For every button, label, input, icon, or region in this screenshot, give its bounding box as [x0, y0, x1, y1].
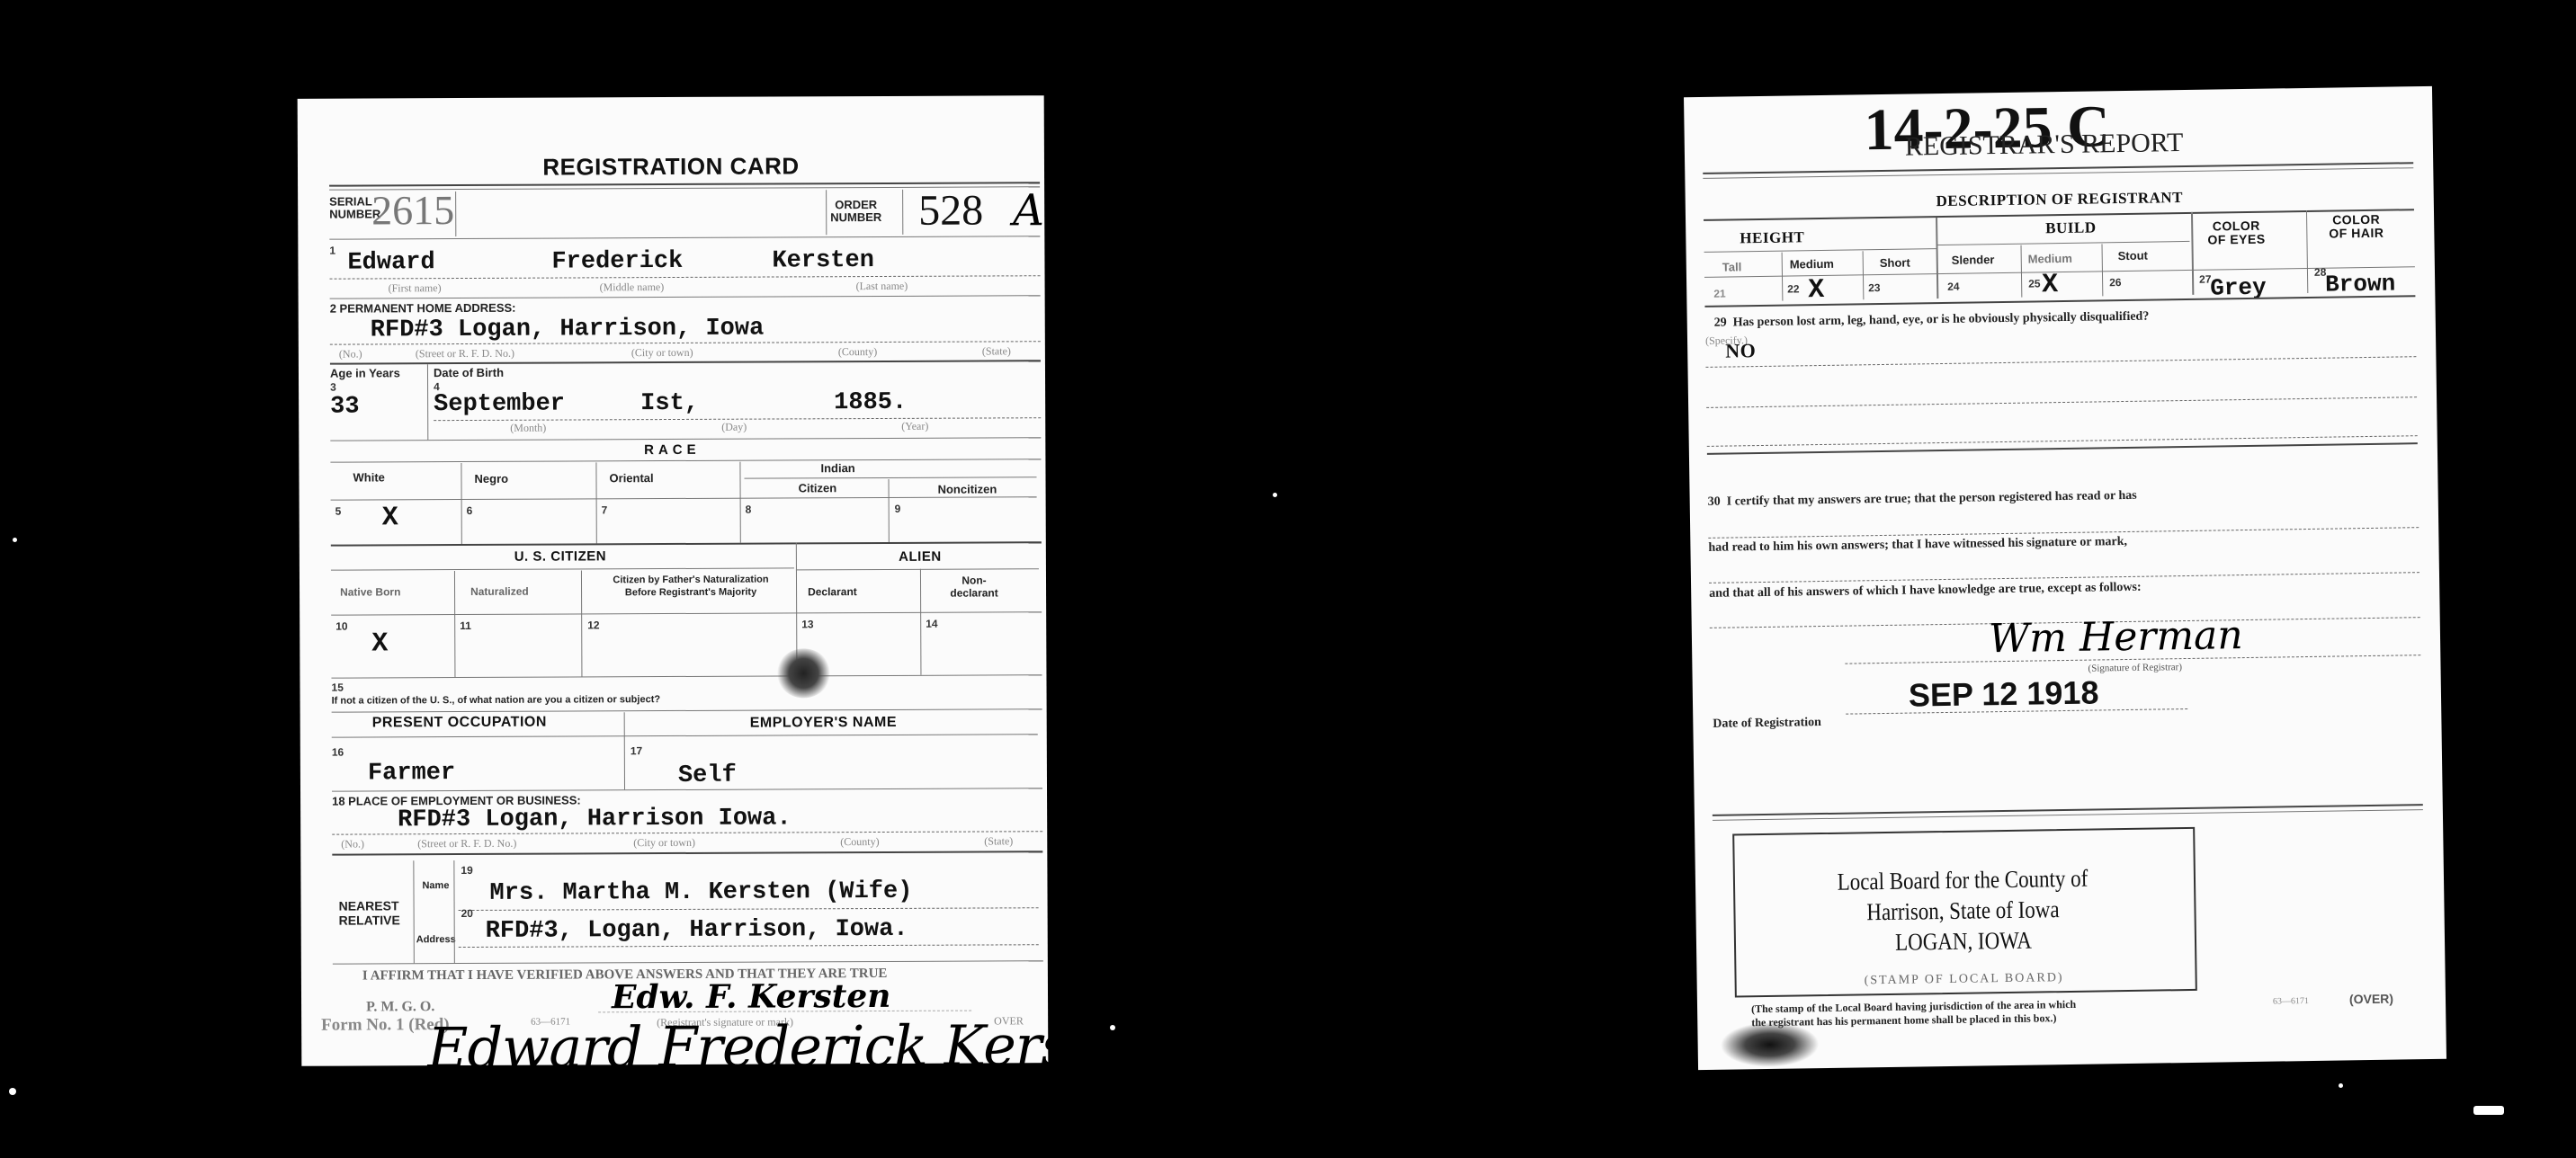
occupation-label: PRESENT OCCUPATION	[372, 715, 547, 732]
divider	[332, 734, 1038, 737]
dob-month-label: (Month)	[510, 422, 546, 435]
address-no-label: (No.)	[339, 348, 362, 361]
background-speck	[1273, 493, 1277, 497]
question-number: 14	[926, 618, 937, 630]
order-number-label: ORDER NUMBER	[830, 199, 881, 224]
registration-card-front: REGISTRATION CARD SERIAL NUMBER 2615 ORD…	[298, 95, 1049, 1066]
race-negro-label: Negro	[474, 472, 508, 485]
race-indian-citizen-label: Citizen	[799, 481, 837, 494]
native-born-checkmark: X	[371, 628, 388, 659]
question-number: 5	[335, 505, 342, 518]
divider	[331, 541, 1042, 546]
order-number: 528	[918, 185, 983, 235]
naturalized-label: Naturalized	[470, 585, 529, 598]
divider	[581, 570, 583, 676]
question-number: 10	[335, 620, 347, 633]
ink-smudge	[1720, 1021, 1820, 1068]
divider	[745, 477, 1037, 478]
q29-answer: NO	[1725, 339, 1756, 363]
local-board-stamp: Local Board for the County of Harrison, …	[1767, 862, 2159, 959]
height-short-label: Short	[1880, 256, 1910, 271]
race-title: RACE	[299, 441, 1045, 459]
first-name: Edward	[347, 249, 434, 276]
background-speck	[13, 538, 17, 542]
middle-name-label: (Middle name)	[600, 281, 665, 294]
dotted-line	[459, 907, 1039, 911]
pmgo-label: P. M. G. O.	[366, 999, 434, 1015]
q30-certification: 30 I certify that my answers are true; t…	[1707, 453, 2420, 632]
question-number: 11	[460, 619, 471, 632]
question-number: 3	[330, 381, 336, 394]
divider	[1704, 248, 1936, 253]
divider	[454, 571, 456, 677]
question-number: 23	[1868, 281, 1881, 294]
age-value: 33	[330, 394, 360, 421]
question-number: 1	[329, 245, 335, 257]
divider	[2191, 212, 2194, 295]
divider	[413, 860, 414, 963]
build-medium-checkmark: X	[2042, 270, 2059, 300]
hair-color-label: COLOR OF HAIR	[2329, 213, 2384, 241]
divider	[1937, 241, 2189, 245]
question-number: 17	[631, 744, 642, 757]
build-slender-label: Slender	[1952, 253, 1995, 267]
divider	[1936, 218, 1938, 298]
middle-name: Frederick	[551, 248, 683, 276]
question-number: 19	[461, 864, 472, 877]
serial-number: 2615	[371, 186, 454, 234]
divider	[331, 674, 1042, 678]
divider	[624, 712, 625, 789]
dotted-line	[330, 275, 1041, 279]
report-title: REGISTRAR'S REPORT	[1905, 128, 2184, 163]
height-medium-checkmark: X	[1808, 275, 1825, 306]
employer-value: Self	[678, 762, 737, 789]
divider	[1713, 809, 2423, 821]
race-indian-noncitizen-label: Noncitizen	[938, 482, 997, 495]
question-number: 25	[2028, 277, 2041, 289]
divider	[739, 462, 740, 543]
relative-name: Mrs. Martha M. Kersten (Wife)	[489, 878, 912, 907]
order-number-suffix: A	[1013, 185, 1044, 236]
last-name-label: (Last name)	[856, 280, 908, 293]
form-code: 63—6171	[2273, 996, 2309, 1007]
dob-year-label: (Year)	[901, 420, 928, 433]
race-white-label: White	[353, 470, 384, 484]
divider	[333, 960, 1043, 964]
q15-label: If not a citizen of the U. S., of what n…	[332, 694, 661, 707]
relative-name-label: Name	[422, 880, 449, 891]
address-city-label: (City or town)	[631, 346, 693, 360]
divider	[920, 569, 922, 675]
race-indian-label: Indian	[820, 461, 854, 475]
registration-date: SEP 12 1918	[1909, 673, 2099, 714]
divider	[826, 190, 827, 235]
dob-day-label: (Day)	[721, 421, 747, 434]
background-speck	[2473, 1106, 2504, 1115]
divider	[453, 860, 454, 963]
q29-label: 29 Has person lost arm, leg, hand, eye, …	[1714, 310, 2150, 331]
dob-month: September	[434, 391, 565, 419]
declarant-label: Declarant	[808, 585, 857, 598]
employment-place: RFD#3 Logan, Harrison Iowa.	[398, 805, 792, 833]
dotted-line	[459, 944, 1039, 948]
divider	[329, 236, 1040, 239]
registrar-signature-label: (Signature of Registrar)	[2088, 662, 2182, 674]
question-number: 15	[331, 681, 343, 694]
build-medium-label: Medium	[2028, 252, 2072, 266]
address-county-label: (County)	[840, 835, 879, 849]
build-label: BUILD	[2045, 218, 2097, 237]
address-county-label: (County)	[838, 345, 877, 359]
divider	[330, 459, 1041, 462]
non-declarant-label: Non-declarant	[943, 574, 1006, 599]
card-title: REGISTRATION CARD	[298, 151, 1044, 183]
hair-color-value: Brown	[2325, 271, 2395, 298]
divider	[427, 364, 428, 440]
over-label: (OVER)	[2349, 992, 2393, 1007]
first-name-label: (First name)	[389, 281, 442, 295]
question-number: 7	[602, 503, 608, 516]
occupation-value: Farmer	[368, 760, 455, 787]
background-speck	[9, 1088, 16, 1095]
question-number: 9	[895, 503, 901, 515]
divider	[1703, 167, 2413, 179]
divider	[595, 462, 596, 543]
divider	[902, 190, 903, 235]
question-number: 21	[1713, 288, 1726, 300]
divider	[889, 479, 890, 542]
employer-label: EMPLOYER'S NAME	[750, 715, 897, 732]
height-medium-label: Medium	[1790, 257, 1834, 272]
registration-date-label: Date of Registration	[1713, 716, 1821, 732]
dob-year: 1885.	[834, 389, 907, 416]
dotted-line	[1705, 356, 2416, 368]
height-tall-label: Tall	[1722, 260, 1742, 273]
eye-color-label: COLOR OF EYES	[2207, 219, 2266, 247]
dob-label: Date of Birth	[434, 366, 504, 379]
registrant-full-signature: Edward Frederick Kersten	[427, 1012, 1158, 1082]
address-state-label: (State)	[984, 834, 1013, 848]
question-number: 26	[2109, 276, 2122, 289]
divider	[331, 567, 794, 570]
address-street-label: (Street or R. F. D. No.)	[417, 837, 516, 851]
last-name: Kersten	[772, 247, 874, 274]
divider	[796, 568, 1039, 570]
question-number: 22	[1787, 282, 1800, 295]
nearest-relative-label: NEAREST RELATIVE	[339, 898, 400, 927]
home-address-label: 2 PERMANENT HOME ADDRESS:	[330, 301, 516, 316]
stamp-note: (The stamp of the Local Board having jur…	[1751, 998, 2077, 1029]
relative-address: RFD#3, Logan, Harrison, Iowa.	[486, 916, 908, 945]
dob-day: Ist,	[640, 390, 699, 417]
home-address: RFD#3 Logan, Harrison, Iowa	[371, 316, 765, 344]
divider	[455, 192, 456, 236]
native-born-label: Native Born	[340, 585, 400, 598]
relative-address-label: Address	[416, 934, 456, 945]
registrar-signature: Wm Herman	[1989, 612, 2243, 662]
address-state-label: (State)	[982, 344, 1011, 358]
height-label: HEIGHT	[1740, 228, 1804, 247]
divider	[332, 708, 1042, 712]
race-white-checkmark: X	[382, 503, 398, 533]
question-number: 13	[801, 618, 813, 630]
question-number: 16	[332, 746, 344, 759]
background-speck	[2339, 1083, 2343, 1088]
alien-title: ALIEN	[799, 548, 1042, 565]
divider	[331, 496, 1037, 500]
divider	[331, 611, 1042, 615]
race-oriental-label: Oriental	[609, 471, 653, 485]
build-stout-label: Stout	[2118, 249, 2148, 263]
divider	[330, 295, 1041, 298]
ink-blot	[776, 648, 830, 698]
question-number: 6	[467, 504, 473, 517]
age-label: Age in Years	[330, 366, 400, 379]
divider	[332, 851, 1042, 855]
us-citizen-title: U. S. CITIZEN	[331, 548, 790, 565]
question-number: 24	[1947, 281, 1960, 293]
divider	[2306, 210, 2308, 293]
citizen-by-father-label: Citizen by Father's Naturalization Befor…	[596, 573, 785, 599]
question-number: 8	[746, 503, 752, 516]
divider	[461, 463, 461, 544]
registrars-report-back: 14-2-25 C REGISTRAR'S REPORT DESCRIPTION…	[1684, 86, 2446, 1070]
question-number: 20	[461, 907, 473, 920]
question-number: 12	[587, 619, 599, 631]
dotted-line	[1706, 396, 2417, 408]
address-city-label: (City or town)	[633, 836, 695, 850]
address-street-label: (Street or R. F. D. No.)	[416, 347, 514, 361]
address-no-label: (No.)	[341, 837, 364, 851]
